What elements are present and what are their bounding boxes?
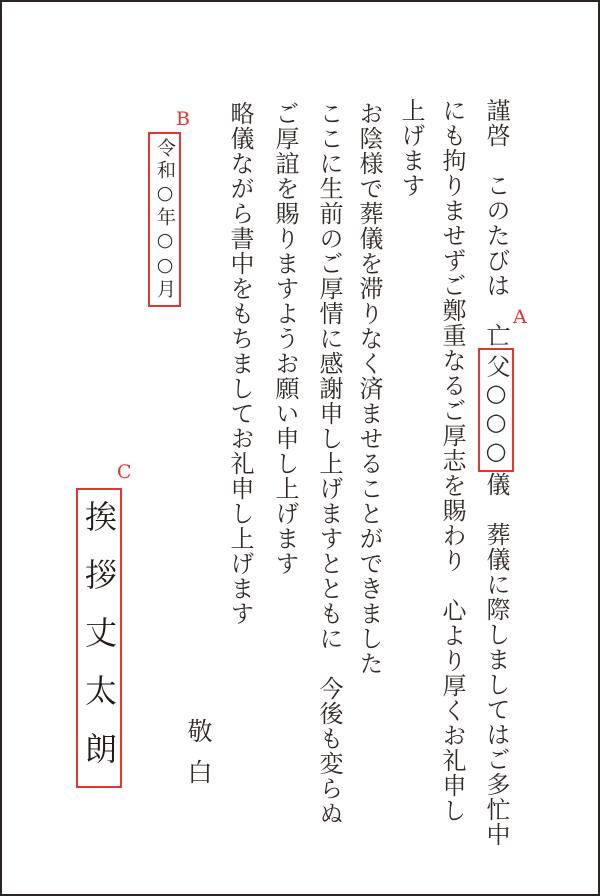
body-column-5: ここに生前のご厚情に感謝申し上げますとともに 今後も変らぬ xyxy=(314,101,344,826)
date-field-box: 令和○年○○月 xyxy=(148,132,181,307)
opening-text-before: 謹啓 このたびは 亡 xyxy=(482,98,510,348)
field-label-a: A xyxy=(513,308,527,327)
sender-name: 挨拶丈太朗 xyxy=(80,500,118,788)
field-label-b: B xyxy=(176,110,190,129)
body-column-4: お陰様で葬儀を滞りなく済ませることができました xyxy=(354,101,384,676)
letter-page: 謹啓 このたびは 亡父○○○儀 葬儀に際しましてはご多忙中 A にも拘りませずご… xyxy=(0,0,600,896)
body-column-2: にも拘りませずご鄭重なるご厚志を賜わり 心より厚くお礼申し xyxy=(437,98,467,823)
deceased-name-field-box: 父○○○ xyxy=(478,348,514,472)
closing-word: 敬白 xyxy=(183,718,213,800)
body-column-6: ご厚誼を賜りますようお願い申し上げます xyxy=(270,101,300,576)
field-label-c: C xyxy=(117,463,132,482)
date-placeholder: 令和○年○○月 xyxy=(154,138,176,301)
body-column-7: 略儀ながら書中をもちましてお礼申し上げます xyxy=(225,101,255,626)
body-column-opening: 謹啓 このたびは 亡父○○○儀 葬儀に際しましてはご多忙中 xyxy=(481,98,511,847)
sender-name-field-box: 挨拶丈太朗 xyxy=(76,488,122,788)
deceased-name-placeholder: 父○○○ xyxy=(482,354,510,466)
body-column-3: 上げます xyxy=(396,98,426,198)
opening-text-after: 儀 葬儀に際しましてはご多忙中 xyxy=(482,472,510,847)
